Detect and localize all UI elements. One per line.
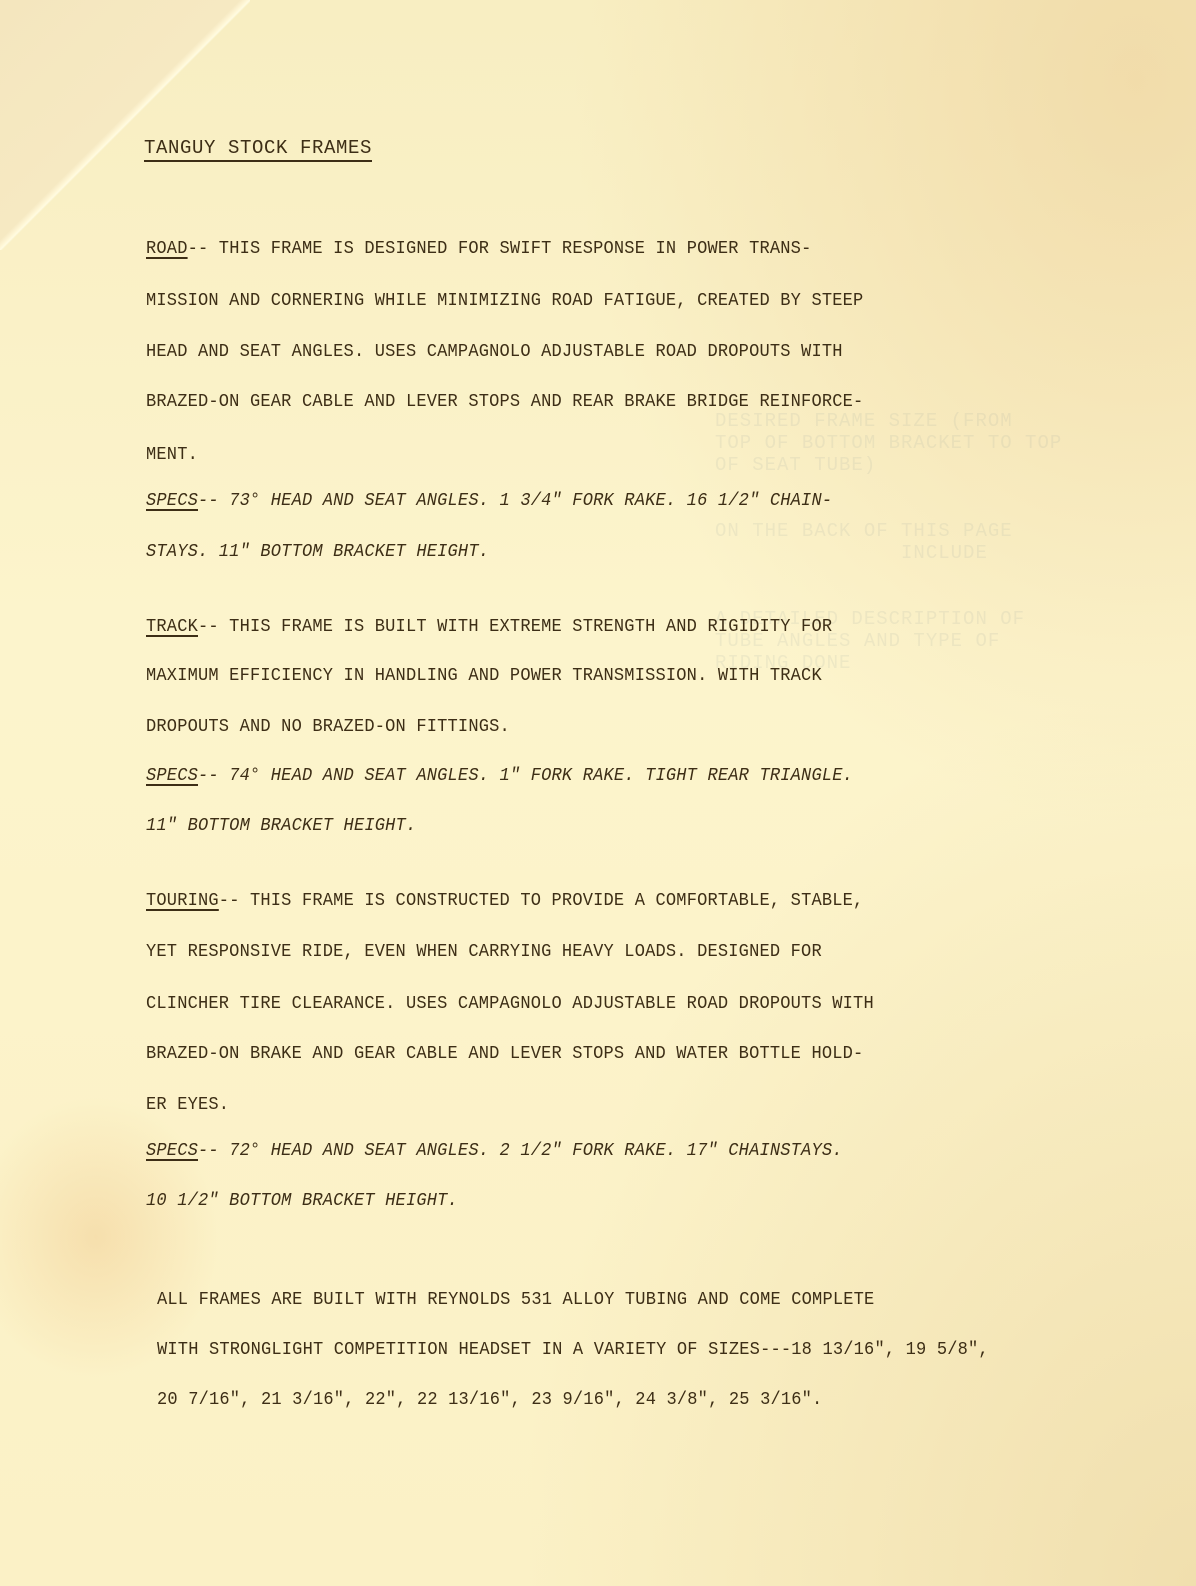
closing-line-1: ALL FRAMES ARE BUILT WITH REYNOLDS 531 A…	[157, 1289, 874, 1311]
track-line-3: DROPOUTS AND NO BRAZED-ON FITTINGS.	[146, 716, 510, 738]
touring-specs-label: SPECS	[146, 1140, 198, 1161]
closing-line-2: WITH STRONGLIGHT COMPETITION HEADSET IN …	[157, 1339, 989, 1361]
touring-specs-line-1: SPECS-- 72° HEAD AND SEAT ANGLES. 2 1/2"…	[146, 1140, 843, 1162]
road-specs-line-2: STAYS. 11" BOTTOM BRACKET HEIGHT.	[146, 541, 489, 563]
road-specs-line-1: SPECS-- 73° HEAD AND SEAT ANGLES. 1 3/4"…	[146, 490, 832, 512]
road-line-2: MISSION AND CORNERING WHILE MINIMIZING R…	[146, 290, 863, 312]
page-title: TANGUY STOCK FRAMES	[144, 137, 372, 162]
touring-specs-line-2: 10 1/2" BOTTOM BRACKET HEIGHT.	[146, 1190, 458, 1212]
road-specs-label: SPECS	[146, 490, 198, 511]
touring-specs-1: -- 72° HEAD AND SEAT ANGLES. 2 1/2" FORK…	[198, 1140, 843, 1161]
road-label: ROAD	[146, 238, 188, 259]
road-desc-1: -- THIS FRAME IS DESIGNED FOR SWIFT RESP…	[188, 238, 812, 259]
track-specs-1: -- 74° HEAD AND SEAT ANGLES. 1" FORK RAK…	[198, 765, 853, 786]
track-desc-1: -- THIS FRAME IS BUILT WITH EXTREME STRE…	[198, 616, 832, 637]
track-label: TRACK	[146, 616, 198, 637]
touring-line-1: TOURING-- THIS FRAME IS CONSTRUCTED TO P…	[146, 890, 863, 912]
closing-line-3: 20 7/16", 21 3/16", 22", 22 13/16", 23 9…	[157, 1389, 822, 1411]
touring-line-5: ER EYES.	[146, 1094, 229, 1116]
track-specs-line-2: 11" BOTTOM BRACKET HEIGHT.	[146, 815, 416, 837]
touring-line-2: YET RESPONSIVE RIDE, EVEN WHEN CARRYING …	[146, 941, 822, 963]
touring-desc-1: -- THIS FRAME IS CONSTRUCTED TO PROVIDE …	[219, 890, 864, 911]
road-line-4: BRAZED-ON GEAR CABLE AND LEVER STOPS AND…	[146, 391, 863, 413]
track-line-1: TRACK-- THIS FRAME IS BUILT WITH EXTREME…	[146, 616, 832, 638]
touring-line-4: BRAZED-ON BRAKE AND GEAR CABLE AND LEVER…	[146, 1043, 863, 1065]
road-line-3: HEAD AND SEAT ANGLES. USES CAMPAGNOLO AD…	[146, 341, 843, 363]
track-specs-label: SPECS	[146, 765, 198, 786]
document-page: TANGUY STOCK FRAMES ROAD-- THIS FRAME IS…	[0, 0, 1196, 1586]
track-line-2: MAXIMUM EFFICIENCY IN HANDLING AND POWER…	[146, 665, 822, 687]
track-specs-line-1: SPECS-- 74° HEAD AND SEAT ANGLES. 1" FOR…	[146, 765, 853, 787]
touring-label: TOURING	[146, 890, 219, 911]
road-specs-1: -- 73° HEAD AND SEAT ANGLES. 1 3/4" FORK…	[198, 490, 832, 511]
road-line-1: ROAD-- THIS FRAME IS DESIGNED FOR SWIFT …	[146, 238, 811, 260]
touring-line-3: CLINCHER TIRE CLEARANCE. USES CAMPAGNOLO…	[146, 993, 874, 1015]
road-line-5: MENT.	[146, 444, 198, 466]
